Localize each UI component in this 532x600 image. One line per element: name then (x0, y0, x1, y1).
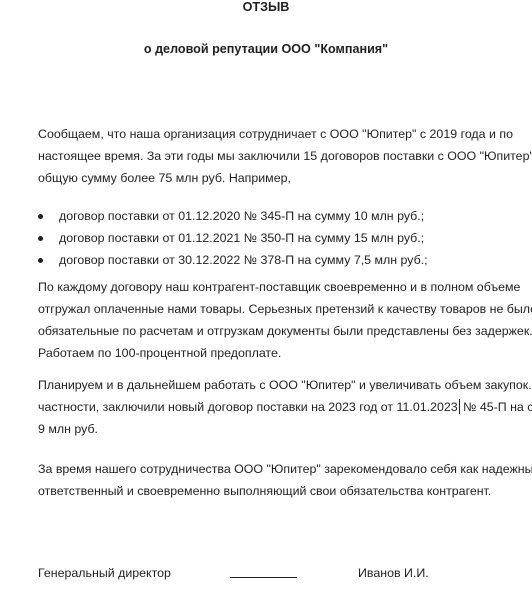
signature-block: Генеральный директор Иванов И.И. (0, 562, 532, 584)
list-item-text: договор поставки от 30.12.2022 № 378-П н… (59, 253, 428, 267)
text-line: общую сумму более 75 млн руб. Например, (38, 167, 513, 189)
bullet-icon (38, 214, 43, 219)
paragraph-intro[interactable]: Сообщаем, что наша организация сотруднич… (38, 123, 513, 189)
signature-line (230, 577, 297, 578)
text-line: Сообщаем, что наша организация сотруднич… (38, 123, 513, 145)
text-line: 9 млн руб. (38, 418, 513, 440)
text-line: обязательные по расчетам и отгрузкам док… (38, 320, 513, 342)
signer-position: Генеральный директор (38, 562, 171, 584)
text-line: За время нашего сотрудничества ООО "Юпит… (38, 458, 513, 480)
paragraph-plans[interactable]: Планируем и в дальнейшем работать с ООО … (38, 374, 513, 440)
text-before-cursor: частности, заключили новый договор поста… (38, 400, 458, 414)
text-line: По каждому договору наш контрагент-поста… (38, 276, 513, 298)
list-item: договор поставки от 01.12.2021 № 350-П н… (38, 227, 428, 249)
text-line: настоящее время. За эти годы мы заключил… (38, 145, 513, 167)
list-item-text: договор поставки от 01.12.2020 № 345-П н… (59, 209, 424, 223)
signer-name: Иванов И.И. (358, 562, 429, 584)
bullet-icon (38, 236, 43, 241)
list-item: договор поставки от 01.12.2020 № 345-П н… (38, 205, 428, 227)
paragraph-conclusion[interactable]: За время нашего сотрудничества ООО "Юпит… (38, 458, 513, 502)
text-line-with-cursor: частности, заключили новый договор поста… (38, 396, 513, 418)
contracts-list[interactable]: договор поставки от 01.12.2020 № 345-П н… (38, 205, 428, 271)
text-line: Планируем и в дальнейшем работать с ООО … (38, 374, 513, 396)
document-title: ОТЗЫВ (0, 0, 532, 14)
text-line: ответственный и своевременно выполняющий… (38, 480, 513, 502)
list-item-text: договор поставки от 01.12.2021 № 350-П н… (59, 231, 424, 245)
paragraph-performance[interactable]: По каждому договору наш контрагент-поста… (38, 276, 513, 364)
document-subtitle: о деловой репутации ООО "Компания" (0, 42, 532, 56)
text-line: отгружал оплаченные нами товары. Серьезн… (38, 298, 513, 320)
text-line: Работаем по 100-процентной предоплате. (38, 342, 513, 364)
bullet-icon (38, 258, 43, 263)
document-page[interactable]: ОТЗЫВ о деловой репутации ООО "Компания"… (0, 0, 532, 600)
list-item: договор поставки от 30.12.2022 № 378-П н… (38, 249, 428, 271)
text-after-cursor: № 45-П на сумму (460, 400, 532, 414)
